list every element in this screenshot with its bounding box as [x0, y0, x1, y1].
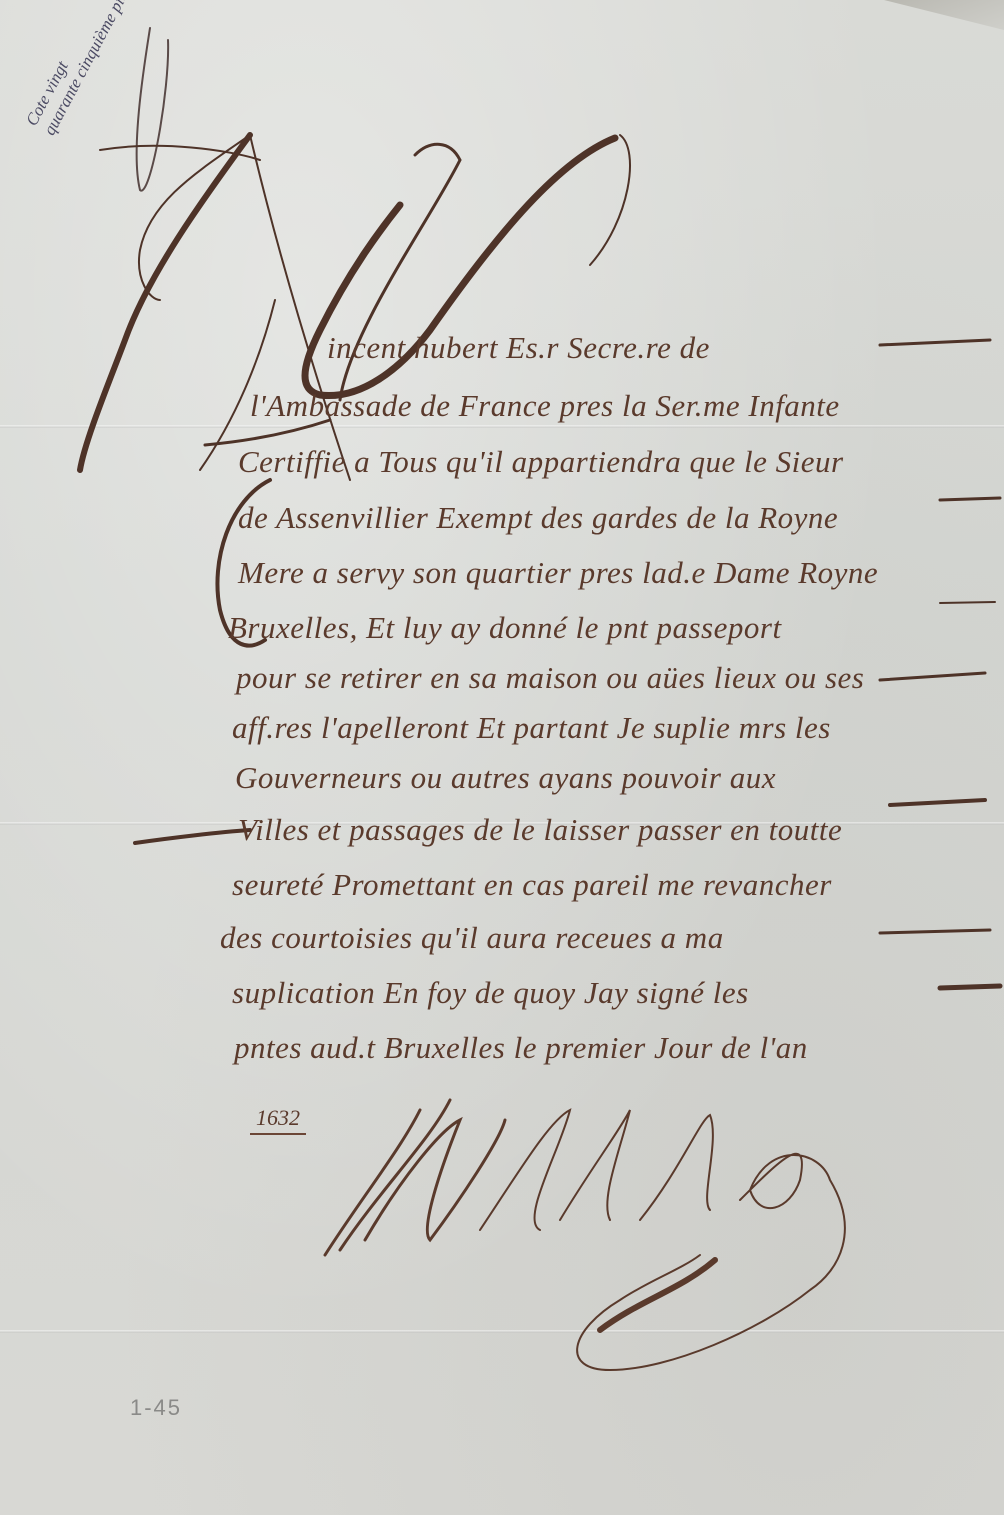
body-line: des courtoisies qu'il aura receues a ma	[220, 920, 724, 956]
document-paper	[0, 0, 1004, 1515]
body-line: pntes aud.t Bruxelles le premier Jour de…	[234, 1030, 808, 1066]
body-line: l'Ambassade de France pres la Ser.me Inf…	[250, 388, 840, 424]
pencil-reference-number: 1-45	[130, 1395, 182, 1421]
body-line: Gouverneurs ou autres ayans pouvoir aux	[235, 760, 776, 796]
body-line: suplication En foy de quoy Jay signé les	[232, 975, 749, 1011]
body-line: pour se retirer en sa maison ou aües lie…	[236, 660, 864, 696]
fold-crease	[0, 425, 1004, 428]
body-line: aff.res l'apelleront Et partant Je supli…	[232, 710, 831, 746]
document-date: 1632	[250, 1105, 306, 1135]
body-line: de Assenvillier Exempt des gardes de la …	[238, 500, 838, 536]
fold-crease	[0, 1330, 1004, 1333]
body-line: Villes et passages de le laisser passer …	[238, 812, 842, 848]
body-line: Certiffie a Tous qu'il appartiendra que …	[238, 444, 844, 480]
body-line: Mere a servy son quartier pres lad.e Dam…	[238, 555, 878, 591]
body-line: seureté Promettant en cas pareil me reva…	[232, 867, 832, 903]
body-line: incent hubert Es.r Secre.re de	[327, 330, 710, 366]
body-line: Bruxelles, Et luy ay donné le pnt passep…	[228, 610, 782, 646]
